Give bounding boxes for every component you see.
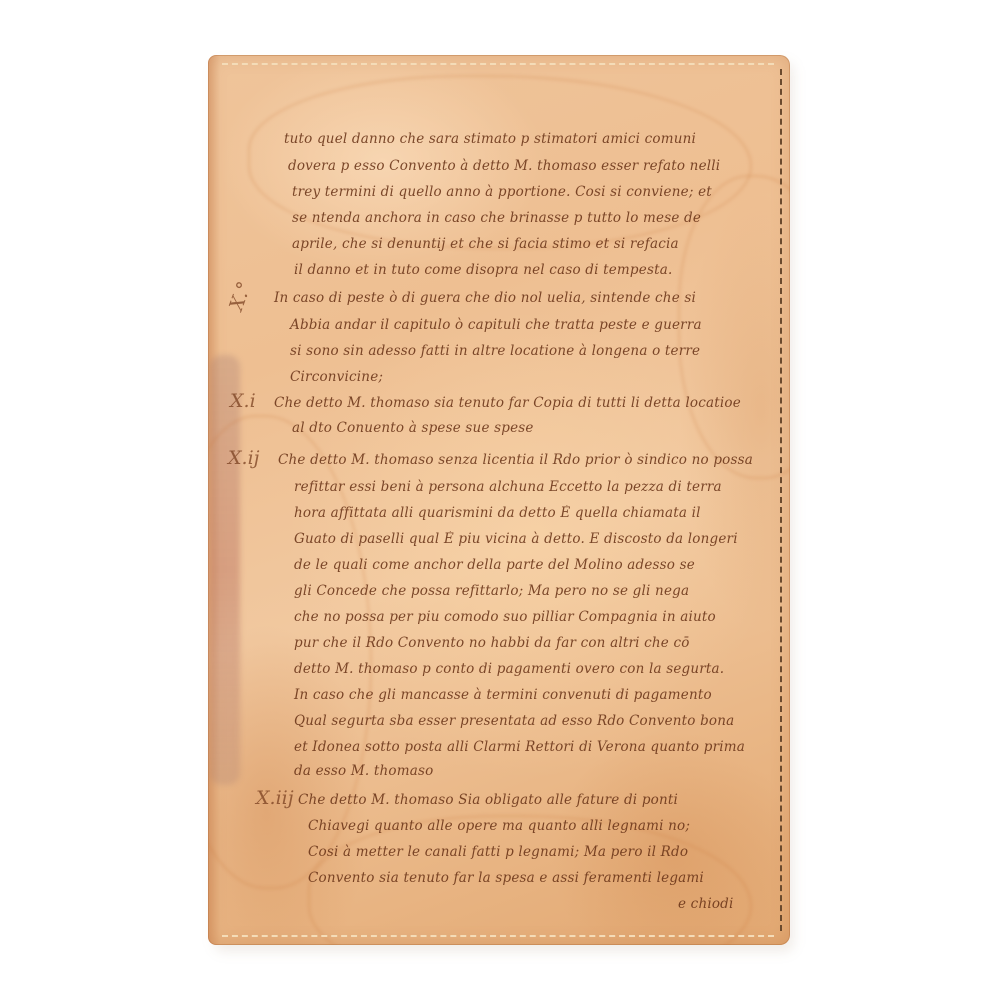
manuscript-line: trey termini di quello anno à pportione.… bbox=[292, 184, 712, 200]
manuscript-line: Che detto M. thomaso sia tenuto far Copi… bbox=[274, 395, 741, 411]
manuscript-line: Circonvicine; bbox=[290, 369, 383, 385]
leather-book-cover: tuto quel danno che sara stimato p stima… bbox=[208, 55, 790, 945]
margin-numeral: X.i bbox=[230, 390, 256, 412]
margin-numeral: X.ij bbox=[228, 447, 260, 469]
manuscript-line: dovera p esso Convento à detto M. thomas… bbox=[288, 158, 720, 174]
manuscript-line: et Idonea sotto posta alli Clarmi Rettor… bbox=[294, 739, 745, 755]
manuscript-line: Chiavegi quanto alle opere ma quanto all… bbox=[308, 818, 690, 834]
margin-numeral: X.° bbox=[225, 279, 256, 314]
manuscript-line: hora affittata alli quarismini da detto … bbox=[294, 505, 701, 521]
manuscript-line: Abbia andar il capitulo ò capituli che t… bbox=[290, 317, 702, 333]
manuscript-line: tuto quel danno che sara stimato p stima… bbox=[284, 131, 696, 147]
manuscript-text: tuto quel danno che sara stimato p stima… bbox=[208, 55, 790, 945]
manuscript-line: che no possa per piu comodo suo pilliar … bbox=[294, 609, 716, 625]
manuscript-line: Convento sia tenuto far la spesa e assi … bbox=[308, 870, 704, 886]
manuscript-line: In caso di peste ò di guera che dio nol … bbox=[274, 290, 696, 306]
manuscript-line: se ntenda anchora in caso che brinasse p… bbox=[292, 210, 701, 226]
margin-numeral: X.iij bbox=[256, 787, 294, 809]
manuscript-line: gli Concede che possa refittarlo; Ma per… bbox=[294, 583, 689, 599]
manuscript-line: al dto Conuento à spese sue spese bbox=[292, 420, 534, 436]
manuscript-line: Che detto M. thomaso senza licentia il R… bbox=[278, 452, 753, 468]
manuscript-line: refittar essi beni à persona alchuna Ecc… bbox=[294, 479, 722, 495]
manuscript-line: Guato di paselli qual È piu vicina à det… bbox=[294, 531, 738, 547]
manuscript-line: pur che il Rdo Convento no habbi da far … bbox=[294, 635, 690, 651]
manuscript-line: si sono sin adesso fatti in altre locati… bbox=[290, 343, 700, 359]
manuscript-line: aprile, che si denuntij et che si facia … bbox=[292, 236, 679, 252]
manuscript-line: de le quali come anchor della parte del … bbox=[294, 557, 695, 573]
manuscript-line: Che detto M. thomaso Sia obligato alle f… bbox=[298, 792, 678, 808]
manuscript-line: e chiodi bbox=[678, 896, 734, 912]
manuscript-line: il danno et in tuto come disopra nel cas… bbox=[294, 262, 672, 278]
manuscript-line: In caso che gli mancasse à termini conve… bbox=[294, 687, 712, 703]
manuscript-line: Cosi à metter le canali fatti p legnami;… bbox=[308, 844, 688, 860]
manuscript-line: Qual segurta sba esser presentata ad ess… bbox=[294, 713, 734, 729]
manuscript-line: da esso M. thomaso bbox=[294, 763, 433, 779]
manuscript-line: detto M. thomaso p conto di pagamenti ov… bbox=[294, 661, 724, 677]
